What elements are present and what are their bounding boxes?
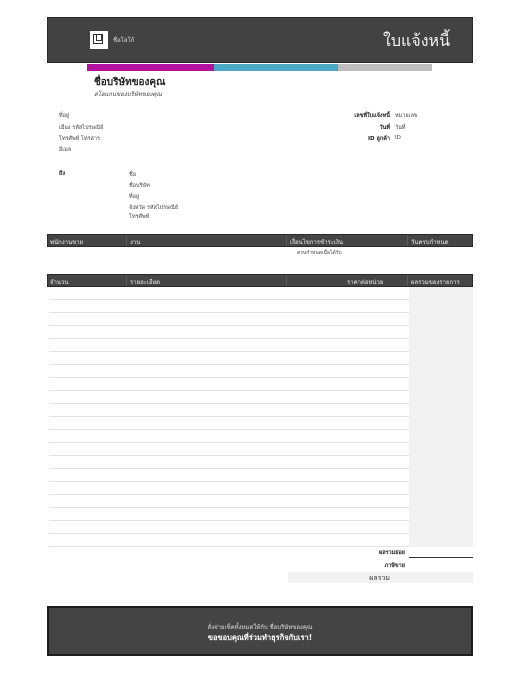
table-row[interactable] — [49, 482, 471, 495]
bill-to-label: ถึง — [59, 170, 65, 178]
line-total-cell[interactable] — [409, 482, 473, 495]
date-label: วันที่ — [300, 124, 390, 132]
line-total-cell[interactable] — [409, 365, 473, 378]
th-due-date: วันครบกำหนด — [411, 237, 448, 247]
th-line-total: ผลรวมของรายการ — [411, 277, 460, 287]
table-row[interactable] — [49, 456, 471, 469]
company-name[interactable]: ชื่อบริษัทของคุณ — [94, 75, 165, 90]
invoice-title: ใบแจ้งหนี้ — [383, 29, 450, 54]
company-address[interactable]: ที่อยู่ — [59, 112, 69, 120]
table-row[interactable] — [49, 365, 471, 378]
table-row[interactable] — [49, 287, 471, 300]
items-table-body — [47, 287, 473, 547]
table-row[interactable] — [49, 339, 471, 352]
line-total-cell[interactable] — [409, 313, 473, 326]
line-total-cell[interactable] — [409, 326, 473, 339]
line-total-cell[interactable] — [409, 378, 473, 391]
subtotal-value-line[interactable] — [409, 557, 473, 558]
line-total-cell[interactable] — [409, 495, 473, 508]
table-row[interactable] — [49, 404, 471, 417]
line-total-cell[interactable] — [409, 404, 473, 417]
thank-you-message: ขอขอบคุณที่ร่วมทำธุรกิจกับเรา! — [49, 632, 471, 644]
subtotal-label: ผลรวมย่อย — [325, 549, 405, 557]
th-salesperson: พนักงานขาย — [50, 237, 83, 247]
invoice-number-value[interactable]: หมายเลข — [395, 112, 418, 120]
grand-total-row[interactable]: ผลรวม — [288, 572, 473, 583]
company-slogan[interactable]: สโลแกนของบริษัทของคุณ — [94, 89, 162, 99]
bill-to-address[interactable]: ที่อยู่ — [129, 193, 139, 201]
payment-terms-value[interactable]: ครบกำหนดเมื่อได้รับ — [297, 249, 342, 257]
invoice-footer: สั่งจ่ายเช็คทั้งหมดให้กับ ชื่อบริษัทของค… — [47, 606, 473, 656]
customer-id-label: ID ลูกค้า — [300, 135, 390, 143]
th-unit-price: ราคาต่อหน่วย — [347, 277, 383, 287]
table-row[interactable] — [49, 495, 471, 508]
table-row[interactable] — [49, 521, 471, 534]
bill-to-name[interactable]: ชื่อ — [129, 171, 136, 179]
th-job: งาน — [130, 237, 140, 247]
line-total-cell[interactable] — [409, 417, 473, 430]
bill-to-province-zip[interactable]: จังหวัด รหัสไปรษณีย์ — [129, 204, 178, 212]
line-total-cell[interactable] — [409, 287, 473, 300]
line-total-cell[interactable] — [409, 469, 473, 482]
accent-strip-magenta — [87, 64, 214, 71]
th-quantity: จำนวน — [50, 277, 68, 287]
line-total-cell[interactable] — [409, 443, 473, 456]
date-value[interactable]: วันที่ — [395, 124, 405, 132]
table-row[interactable] — [49, 326, 471, 339]
table-row[interactable] — [49, 300, 471, 313]
line-total-cell[interactable] — [409, 456, 473, 469]
line-total-cell[interactable] — [409, 508, 473, 521]
grand-total-label: ผลรวม — [369, 573, 390, 584]
accent-strip-gray — [338, 64, 432, 71]
company-email[interactable]: อีเมล — [59, 146, 71, 154]
terms-table-header: พนักงานขาย งาน เงื่อนไขการชำระเงิน วันคร… — [47, 234, 473, 247]
line-total-cell[interactable] — [409, 300, 473, 313]
invoice-header: ชื่อโลโก้ ใบแจ้งหนี้ — [47, 17, 473, 63]
line-total-cell[interactable] — [409, 391, 473, 404]
table-row[interactable] — [49, 391, 471, 404]
table-row[interactable] — [49, 430, 471, 443]
company-city-zip[interactable]: เมือง รหัสไปรษณีย์ — [59, 124, 103, 132]
th-payment-terms: เงื่อนไขการชำระเงิน — [290, 237, 343, 247]
table-row[interactable] — [49, 378, 471, 391]
maze-logo-icon — [90, 31, 108, 49]
line-total-cell[interactable] — [409, 534, 473, 547]
table-row[interactable] — [49, 352, 471, 365]
invoice-number-label: เลขที่ใบแจ้งหนี้ — [300, 112, 390, 120]
customer-id-value[interactable]: ID — [395, 135, 401, 141]
bill-to-company[interactable]: ชื่อบริษัท — [129, 182, 150, 190]
table-row[interactable] — [49, 469, 471, 482]
table-row[interactable] — [49, 313, 471, 326]
accent-strip-blue — [214, 64, 338, 71]
table-row[interactable] — [49, 417, 471, 430]
logo-text: ชื่อโลโก้ — [113, 35, 134, 45]
table-row[interactable] — [49, 534, 471, 547]
table-row[interactable] — [49, 443, 471, 456]
payable-to-line: สั่งจ่ายเช็คทั้งหมดให้กับ ชื่อบริษัทของค… — [49, 622, 471, 632]
items-table-header: จำนวน รายละเอียด ราคาต่อหน่วย ผลรวมของรา… — [47, 274, 473, 287]
line-total-cell[interactable] — [409, 521, 473, 534]
company-phone-fax[interactable]: โทรศัพท์ โทรสาร — [59, 135, 100, 143]
bill-to-phone[interactable]: โทรศัพท์ — [129, 213, 149, 221]
table-row[interactable] — [49, 508, 471, 521]
line-total-cell[interactable] — [409, 352, 473, 365]
line-total-cell[interactable] — [409, 339, 473, 352]
th-description: รายละเอียด — [130, 277, 160, 287]
line-total-cell[interactable] — [409, 430, 473, 443]
tax-label: ภาษีขาย — [325, 562, 405, 570]
